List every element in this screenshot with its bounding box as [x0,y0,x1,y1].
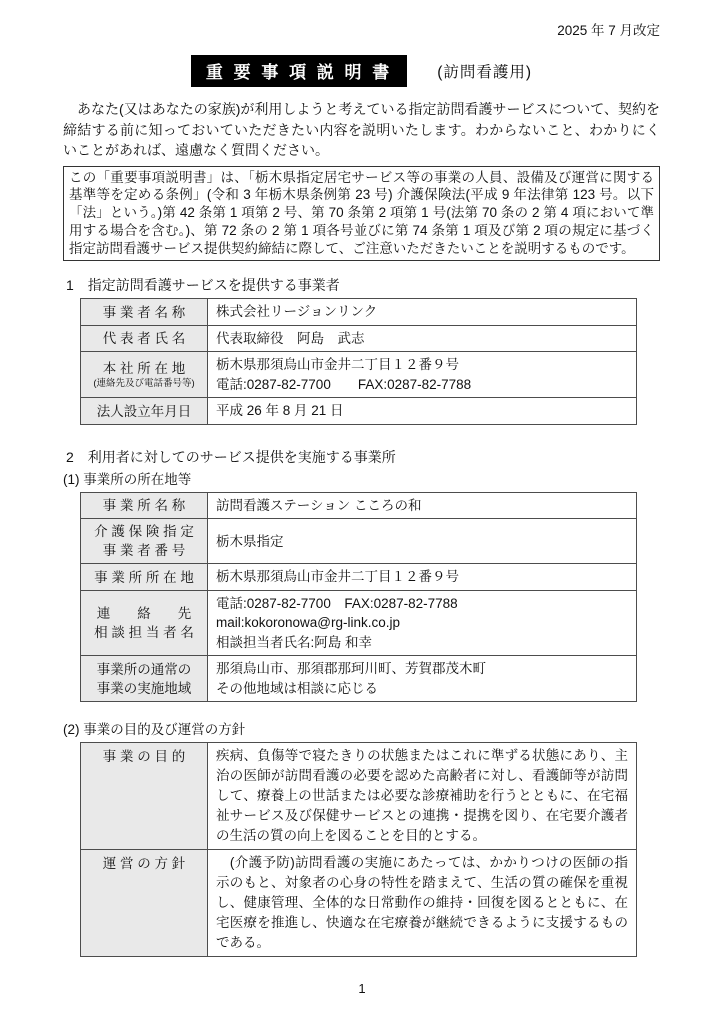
value-line: その他地域は相談に応じる [216,679,628,699]
value-line: mail:kokoronowa@rg-link.co.jp [216,613,628,633]
table-row-operation-policy: 運 営 の 方 針 (介護予防)訪問看護の実施にあたっては、かかりつけの医師の指… [81,850,637,957]
row-value: 栃木県那須烏山市金井二丁目１２番９号 電話:0287-82-7700 FAX:0… [208,352,637,398]
table-row-insurance-number: 介 護 保 険 指 定 事 業 者 番 号 栃木県指定 [81,519,637,564]
table-row-service-area: 事業所の通常の 事業の実施地域 那須烏山市、那須郡那珂川町、芳賀郡茂木町 その他… [81,656,637,702]
row-label-text: 事 業 者 番 号 [83,541,205,560]
table-row-established-date: 法人設立年月日 平成 26 年 8 月 21 日 [81,398,637,425]
row-label-text: 事業の実施地域 [83,679,205,698]
table-row-office-name: 事 業 所 名 称 訪問看護ステーション こころの和 [81,492,637,519]
row-label-text: 事 業 者 名 称 [103,305,186,320]
row-value: 栃木県那須烏山市金井二丁目１２番９号 [208,564,637,591]
row-label: 事 業 者 名 称 [81,299,208,326]
row-label: 事 業 の 目 的 [81,743,208,850]
row-value: 那須烏山市、那須郡那珂川町、芳賀郡茂木町 その他地域は相談に応じる [208,656,637,702]
legal-notice-box: この「重要事項説明書」は、「栃木県指定居宅サービス等の事業の人員、設備及び運営に… [63,166,660,262]
row-value: 株式会社リージョンリンク [208,299,637,326]
value-line: 那須烏山市、那須郡那珂川町、芳賀郡茂木町 [216,659,628,679]
table-row-representative: 代 表 者 氏 名 代表取締役 阿島 武志 [81,325,637,352]
value-line: 相談担当者氏名:阿島 和幸 [216,633,628,653]
row-label-text: 介 護 保 険 指 定 [83,522,205,541]
row-label-text: 法人設立年月日 [97,404,192,419]
table-row-business-purpose: 事 業 の 目 的 疾病、負傷等で寝たきりの状態またはこれに準ずる状態にあり、主… [81,743,637,850]
row-value: 訪問看護ステーション こころの和 [208,492,637,519]
page-number: 1 [0,981,724,996]
row-label: 運 営 の 方 針 [81,850,208,957]
row-value: 栃木県指定 [208,519,637,564]
intro-paragraph: あなた(又はあなたの家族)が利用しようと考えている指定訪問看護サービスについて、… [63,99,660,161]
row-label: 本 社 所 在 地 (連絡先及び電話番号等) [81,352,208,398]
provider-info-table: 事 業 者 名 称 株式会社リージョンリンク 代 表 者 氏 名 代表取締役 阿… [80,298,637,425]
row-label-text: 相 談 担 当 者 名 [83,623,205,642]
table-row-contact: 連 絡 先 相 談 担 当 者 名 電話:0287-82-7700 FAX:02… [81,590,637,656]
row-label-text: 代 表 者 氏 名 [103,331,186,346]
subsection-2-2-heading: (2) 事業の目的及び運営の方針 [63,721,660,738]
row-label-text: 連 絡 先 [83,604,205,623]
row-label-text: 本 社 所 在 地 [83,359,205,378]
row-label-note: (連絡先及び電話番号等) [83,378,205,390]
subsection-2-1-heading: (1) 事業所の所在地等 [63,471,660,488]
document-subtitle: (訪問看護用) [437,64,532,81]
section-2-heading: 2 利用者に対してのサービス提供を実施する事業所 [63,448,660,466]
row-label-text: 事 業 所 所 在 地 [94,570,194,585]
row-value: 電話:0287-82-7700 FAX:0287-82-7788 mail:ko… [208,590,637,656]
table-row-head-office: 本 社 所 在 地 (連絡先及び電話番号等) 栃木県那須烏山市金井二丁目１２番９… [81,352,637,398]
row-label: 事業所の通常の 事業の実施地域 [81,656,208,702]
row-label-text: 事業所の通常の [83,660,205,679]
table-row-business-name: 事 業 者 名 称 株式会社リージョンリンク [81,299,637,326]
row-label-text: 事 業 所 名 称 [103,498,186,513]
row-label-text: 事 業 の 目 的 [103,749,186,764]
row-label: 事 業 所 所 在 地 [81,564,208,591]
row-label: 法人設立年月日 [81,398,208,425]
value-line: 栃木県那須烏山市金井二丁目１２番９号 [216,355,628,375]
row-value: (介護予防)訪問看護の実施にあたっては、かかりつけの医師の指示のもと、対象者の心… [208,850,637,957]
row-label-text: 運 営 の 方 針 [103,856,186,871]
row-value: 代表取締役 阿島 武志 [208,325,637,352]
value-line: 電話:0287-82-7700 FAX:0287-82-7788 [216,594,628,614]
revision-date: 2025 年 7 月改定 [63,22,660,39]
section-1-heading: 1 指定訪問看護サービスを提供する事業者 [63,276,660,294]
document-page: 2025 年 7 月改定 重 要 事 項 説 明 書(訪問看護用) あなた(又は… [0,0,724,1024]
title-row: 重 要 事 項 説 明 書(訪問看護用) [63,55,660,87]
row-value: 平成 26 年 8 月 21 日 [208,398,637,425]
value-line: 電話:0287-82-7700 FAX:0287-82-7788 [216,375,628,395]
row-label: 連 絡 先 相 談 担 当 者 名 [81,590,208,656]
row-label: 介 護 保 険 指 定 事 業 者 番 号 [81,519,208,564]
table-row-office-address: 事 業 所 所 在 地 栃木県那須烏山市金井二丁目１２番９号 [81,564,637,591]
office-info-table: 事 業 所 名 称 訪問看護ステーション こころの和 介 護 保 険 指 定 事… [80,492,637,703]
row-label: 代 表 者 氏 名 [81,325,208,352]
row-value: 疾病、負傷等で寝たきりの状態またはこれに準ずる状態にあり、主治の医師が訪問看護の… [208,743,637,850]
document-title: 重 要 事 項 説 明 書 [191,55,407,87]
purpose-policy-table: 事 業 の 目 的 疾病、負傷等で寝たきりの状態またはこれに準ずる状態にあり、主… [80,742,637,957]
row-label: 事 業 所 名 称 [81,492,208,519]
